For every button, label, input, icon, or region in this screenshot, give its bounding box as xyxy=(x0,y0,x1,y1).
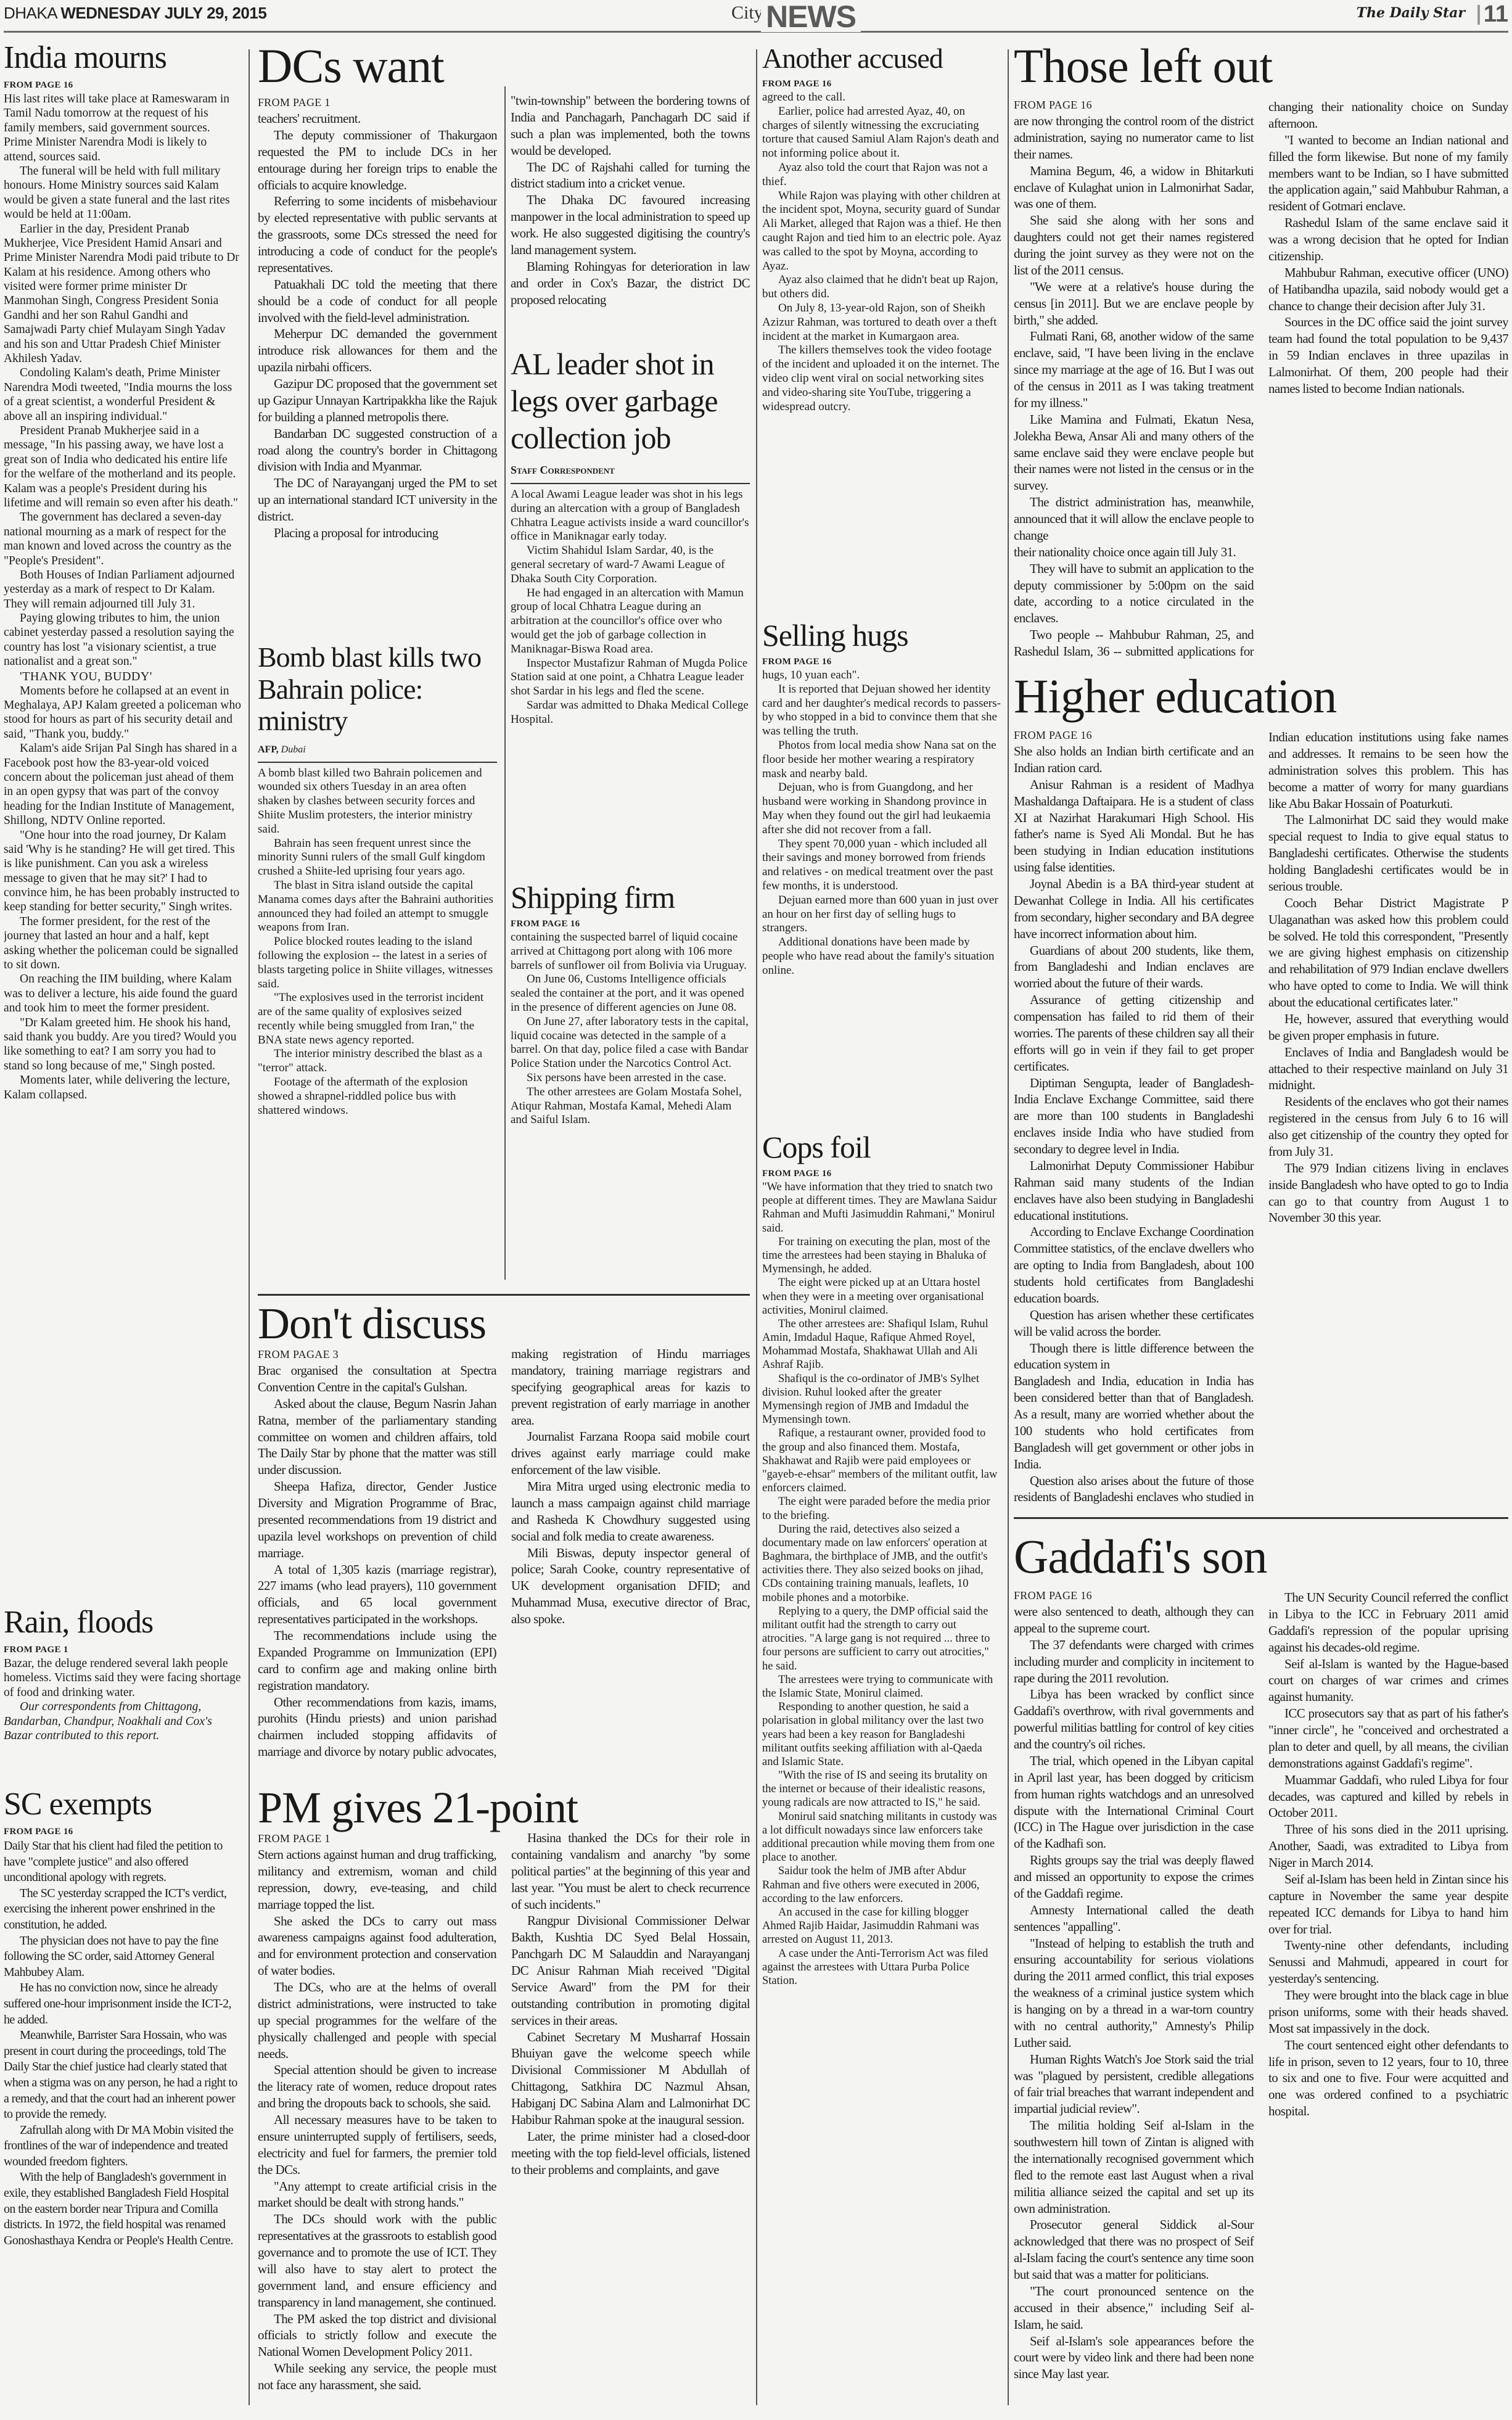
paragraph: The other arrestees are: Shafiqul Islam,… xyxy=(762,1317,1001,1372)
paragraph: Bahrain has seen frequent unrest since t… xyxy=(258,837,497,879)
from-page-kicker: FROM PAGE 16 xyxy=(1014,729,1254,742)
paragraph: They spent 70,000 yuan - which included … xyxy=(762,838,1001,894)
paragraph: The deputy commissioner of Thakurgaon re… xyxy=(258,127,497,194)
headline: AL leader shot in legs over garbage coll… xyxy=(511,345,750,456)
paragraph: The former president, for the rest of th… xyxy=(4,915,242,973)
story-body: "We have information that they tried to … xyxy=(762,1180,1001,1988)
headline: Shipping firm xyxy=(511,882,750,913)
paragraph: "We have information that they tried to … xyxy=(762,1180,1001,1235)
paragraph: "The explosives used in the terrorist in… xyxy=(258,991,497,1047)
paragraph: He has no conviction now, since he alrea… xyxy=(4,1980,242,2028)
byline: AFP, Dubai xyxy=(258,744,497,763)
paragraph: The eight were picked up at an Uttara ho… xyxy=(762,1276,1001,1317)
paragraph: Rafique, a restaurant owner, provided fo… xyxy=(762,1426,1001,1495)
paragraph: Moments later, while delivering the lect… xyxy=(4,1073,242,1102)
headline: DCs want xyxy=(258,42,497,90)
paragraph: Muammar Gaddafi, who ruled Libya for fou… xyxy=(1268,1772,1508,1822)
paragraph: On July 8, 13-year-old Rajon, son of She… xyxy=(762,302,1001,344)
paragraph: He, however, assured that everything wou… xyxy=(1268,1011,1508,1044)
story-dcs-want-col2: "twin-township" between the bordering to… xyxy=(511,93,750,339)
story-body: She also holds an Indian birth certifica… xyxy=(1014,729,1508,1512)
paragraph: Monirul said snatching militants in cust… xyxy=(762,1810,1001,1865)
paragraph: ICC prosecutors say that as part of his … xyxy=(1268,1705,1508,1772)
paragraph: Bangladesh and India, education in India… xyxy=(1014,1373,1254,1472)
paragraph: A local Awami League leader was shot in … xyxy=(511,488,750,544)
headline: PM gives 21-point xyxy=(258,1785,750,1830)
paragraph: "Dr Kalam greeted him. He shook his hand… xyxy=(4,1016,242,1074)
paragraph: The eight were paraded before the media … xyxy=(762,1495,1001,1522)
byline-agency: AFP, xyxy=(258,744,279,755)
paragraph: Ayaz also claimed that he didn't beat up… xyxy=(762,273,1001,302)
paragraph: Stern actions against human and drug tra… xyxy=(258,1846,496,1913)
paragraph: Fulmati Rani, 68, another widow of the s… xyxy=(1014,328,1254,411)
paragraph: His last rites will take place at Ramesw… xyxy=(4,92,242,164)
dateline-date: WEDNESDAY JULY 29, 2015 xyxy=(60,4,266,22)
story-another-accused: Another accused FROM PAGE 16 agreed to t… xyxy=(762,44,1001,599)
story-body: teachers' recruitment. The deputy commis… xyxy=(258,110,497,541)
from-page-kicker: FROM PAGE 16 xyxy=(762,79,1001,89)
paragraph: Additional donations have been made by p… xyxy=(762,936,1001,977)
paragraph: The Lalmonirhat DC said they would make … xyxy=(1268,812,1508,894)
paragraph: Mahbubur Rahman, executive officer (UNO)… xyxy=(1268,265,1508,315)
story-body: His last rites will take place at Ramesw… xyxy=(4,92,242,1102)
paragraph: Earlier in the day, President Pranab Muk… xyxy=(4,222,242,366)
section-divider xyxy=(1014,1517,1508,1519)
story-shipping-firm: Shipping firm FROM PAGE 16 containing th… xyxy=(511,882,750,1283)
paragraph: The physician does not have to pay the f… xyxy=(4,1933,242,1981)
paragraph: The 979 Indian citizens living in enclav… xyxy=(1268,1160,1508,1227)
paragraph: The DCs, who are at the helms of overall… xyxy=(258,1979,496,2062)
paragraph: Paying glowing tributes to him, the unio… xyxy=(4,611,242,669)
page-masthead: DHAKA WEDNESDAY JULY 29, 2015 City NEWS … xyxy=(4,0,1508,33)
paragraph: Dejuan, who is from Guangdong, and her h… xyxy=(762,781,1001,837)
paragraph: Diptiman Sengupta, leader of Bangladesh-… xyxy=(1014,1075,1254,1158)
paragraph: Ayaz also told the court that Rajon was … xyxy=(762,161,1001,189)
paragraph: Zafrullah along with Dr MA Mobin visited… xyxy=(4,2123,242,2170)
paragraph: Bandarban DC suggested construction of a… xyxy=(258,426,497,475)
paragraph: Hasina thanked the DCs for their role in… xyxy=(511,1830,750,1912)
paragraph: She also holds an Indian birth certifica… xyxy=(1014,743,1254,776)
paragraph: Libya has been wracked by conflict since… xyxy=(1014,1686,1254,1753)
column-divider xyxy=(756,49,757,2405)
from-page-kicker: FROM PAGE 1 xyxy=(258,96,497,109)
paragraph: The arrestees were trying to communicate… xyxy=(762,1673,1001,1700)
paragraph: Amnesty International called the death s… xyxy=(1014,1902,1254,1935)
paragraph: Police blocked routes leading to the isl… xyxy=(258,935,497,991)
paragraph: The 37 defendants were charged with crim… xyxy=(1014,1637,1254,1687)
contributor-credit: Our correspondents from Chittagong, Band… xyxy=(4,1700,242,1743)
paragraph: Human Rights Watch's Joe Stork said the … xyxy=(1014,2051,1254,2118)
headline: Higher education xyxy=(1014,672,1508,720)
paragraph: The DC of Narayanganj urged the PM to se… xyxy=(258,475,497,525)
headline: SC exempts xyxy=(4,1788,242,1821)
from-page-kicker: FROM PAGE 16 xyxy=(511,919,750,929)
story-body: "twin-township" between the bordering to… xyxy=(511,93,750,308)
paragraph: They will have to submit an application … xyxy=(1014,561,1254,627)
paragraph: The PM asked the top district and divisi… xyxy=(258,2311,496,2361)
newspaper-logo: The Daily Star xyxy=(1357,5,1465,21)
paragraph: Both Houses of Indian Parliament adjourn… xyxy=(4,568,242,611)
paragraph: Shafiqul is the co-ordinator of JMB's Sy… xyxy=(762,1372,1001,1427)
paragraph: For training on executing the plan, most… xyxy=(762,1235,1001,1277)
paragraph: Assurance of getting citizenship and com… xyxy=(1014,992,1254,1074)
paragraph: During the raid, detectives also seized … xyxy=(762,1523,1001,1605)
headline: Cops foil xyxy=(762,1132,1001,1163)
paragraph: Anisur Rahman is a resident of Madhya Ma… xyxy=(1014,776,1254,876)
story-body: Brac organised the consultation at Spect… xyxy=(258,1346,750,1765)
paragraph: On reaching the IIM building, where Kala… xyxy=(4,972,242,1015)
paragraph: Enclaves of India and Bangladesh would b… xyxy=(1268,1044,1508,1094)
story-selling-hugs: Selling hugs FROM PAGE 16 hugs, 10 yuan … xyxy=(762,620,1001,1113)
paragraph: Question has arisen whether these certif… xyxy=(1014,1307,1254,1340)
paragraph: Blaming Rohingyas for deterioration in l… xyxy=(511,258,750,308)
paragraph: "The court pronounced sentence on the ac… xyxy=(1014,2283,1254,2333)
headline: Gaddafi's son xyxy=(1014,1533,1508,1581)
section-divider xyxy=(258,1294,750,1296)
story-columns: FROM PAGE 16 She also holds an Indian bi… xyxy=(1014,729,1508,1512)
story-body: are now thronging the control room of th… xyxy=(1014,99,1508,665)
paragraph: Meanwhile, Barrister Sara Hossain, who w… xyxy=(4,2028,242,2123)
paragraph: A total of 1,305 kazis (marriage registr… xyxy=(258,1562,496,1628)
page-number: 11 xyxy=(1484,1,1508,28)
paragraph: Seif al-Islam is wanted by the Hague-bas… xyxy=(1268,1656,1508,1706)
paragraph: Sheepa Hafiza, director, Gender Justice … xyxy=(258,1478,496,1561)
headline: India mourns xyxy=(4,42,242,74)
paragraph: The militia holding Seif al-Islam in the… xyxy=(1014,2117,1254,2216)
paragraph: The trial, which opened in the Libyan ca… xyxy=(1014,1753,1254,1852)
paragraph: Gazipur DC proposed that the government … xyxy=(258,376,497,426)
story-body: were also sentenced to death, although t… xyxy=(1014,1589,1508,2410)
paragraph: An accused in the case for killing blogg… xyxy=(762,1906,1001,1947)
paragraph: The court sentenced eight other defendan… xyxy=(1268,2037,1508,2120)
paragraph: The funeral will be held with full milit… xyxy=(4,164,242,222)
paragraph: Dejuan earned more than 600 yuan in just… xyxy=(762,894,1001,936)
paragraph: Kalam's aide Srijan Pal Singh has shared… xyxy=(4,741,242,828)
subhead: 'THANK YOU, BUDDY' xyxy=(4,669,242,684)
paragraph: Responding to another question, he said … xyxy=(762,1700,1001,1769)
paragraph: were also sentenced to death, although t… xyxy=(1014,1603,1254,1637)
paragraph: The other arrestees are Golam Mostafa So… xyxy=(511,1085,750,1127)
paragraph: Seif al-Islam has been held in Zintan si… xyxy=(1268,1871,1508,1938)
headline: Bomb blast kills two Bahrain police: min… xyxy=(258,641,497,737)
story-body: A local Awami League leader was shot in … xyxy=(511,488,750,727)
paragraph: She said she along with her sons and dau… xyxy=(1014,212,1254,279)
story-gaddafis-son: Gaddafi's son FROM PAGE 16 were also sen… xyxy=(1014,1533,1508,2411)
paragraph: The killers themselves took the video fo… xyxy=(762,344,1001,414)
paragraph: Later, the prime minister had a closed-d… xyxy=(511,2128,750,2178)
paragraph: President Pranab Mukherjee said in a mes… xyxy=(4,424,242,510)
paragraph: Rashedul Islam of the same enclave said … xyxy=(1268,215,1508,265)
paragraph: She asked the DCs to carry out mass awar… xyxy=(258,1913,496,1980)
paragraph: The SC yesterday scrapped the ICT's verd… xyxy=(4,1886,242,1933)
paragraph: containing the suspected barrel of liqui… xyxy=(511,931,750,973)
story-body: agreed to the call. Earlier, police had … xyxy=(762,91,1001,414)
paragraph: Prosecutor general Siddick al-Sour ackno… xyxy=(1014,2216,1254,2283)
paragraph: teachers' recruitment. xyxy=(258,110,497,127)
story-bomb-blast: Bomb blast kills two Bahrain police: min… xyxy=(258,641,497,1283)
story-those-left-out: Those left out FROM PAGE 16 are now thro… xyxy=(1014,42,1508,665)
story-columns: FROM PAGE 1 Stern actions against human … xyxy=(258,1830,750,2403)
paragraph: The DC of Rajshahi called for turning th… xyxy=(511,159,750,192)
paragraph: "With the rise of IS and seeing its brut… xyxy=(762,1769,1001,1810)
paragraph: are now thronging the control room of th… xyxy=(1014,113,1254,163)
paragraph: The interior ministry described the blas… xyxy=(258,1047,497,1076)
dateline: DHAKA WEDNESDAY JULY 29, 2015 xyxy=(4,4,266,23)
paragraph: their nationality choice once again till… xyxy=(1014,544,1254,561)
paragraph: Inspector Mustafizur Rahman of Mugda Pol… xyxy=(511,657,750,699)
paragraph: "We were at a relative's house during th… xyxy=(1014,279,1254,329)
story-pm-gives-21-point: PM gives 21-point FROM PAGE 1 Stern acti… xyxy=(258,1785,750,2411)
byline-place: Dubai xyxy=(281,744,306,755)
paragraph: Cooch Behar District Magistrate P Ulagan… xyxy=(1268,895,1508,1011)
paragraph: According to Enclave Exchange Coordinati… xyxy=(1014,1224,1254,1306)
paragraph: They were brought into the black cage in… xyxy=(1268,1987,1508,2037)
paragraph: With the help of Bangladesh's government… xyxy=(4,2170,242,2249)
story-rain-floods: Rain, floods FROM PAGE 1 Bazar, the delu… xyxy=(4,1607,242,1761)
masthead-divider xyxy=(1477,5,1480,25)
story-body: Bazar, the deluge rendered several lakh … xyxy=(4,1657,242,1743)
story-cops-foil: Cops foil FROM PAGE 16 "We have informat… xyxy=(762,1132,1001,2411)
paragraph: hugs, 10 yuan each". xyxy=(762,669,1001,683)
paragraph: Moments before he collapsed at an event … xyxy=(4,684,242,742)
paragraph: Daily Star that his client had filed the… xyxy=(4,1838,242,1886)
from-page-kicker: FROM PAGE 16 xyxy=(1014,99,1254,112)
from-page-kicker: FROM PAGE 16 xyxy=(4,1827,242,1837)
paragraph: Guardians of about 200 students, like th… xyxy=(1014,942,1254,992)
paragraph: The UN Security Council referred the con… xyxy=(1268,1589,1508,1656)
paragraph: Asked about the clause, Begum Nasrin Jah… xyxy=(258,1396,496,1478)
paragraph: Footage of the aftermath of the explosio… xyxy=(258,1076,497,1117)
paragraph: The blast in Sitra island outside the ca… xyxy=(258,879,497,935)
paragraph: The recommendations include using the Ex… xyxy=(258,1628,496,1694)
paragraph: Sources in the DC office said the joint … xyxy=(1268,314,1508,397)
section-label-city: City xyxy=(731,2,763,23)
paragraph: "One hour into the road journey, Dr Kala… xyxy=(4,828,242,915)
story-sc-exempts: SC exempts FROM PAGE 16 Daily Star that … xyxy=(4,1788,242,2411)
paragraph: A bomb blast killed two Bahrain policeme… xyxy=(258,767,497,837)
headline: Another accused xyxy=(762,44,1001,73)
headline: Those left out xyxy=(1014,42,1508,90)
paragraph: Three of his sons died in the 2011 upris… xyxy=(1268,1821,1508,1871)
paragraph: All necessary measures have to be taken … xyxy=(258,2112,496,2178)
paragraph: Cabinet Secretary M Musharraf Hossain Bh… xyxy=(511,2029,750,2128)
paragraph: On June 06, Customs Intelligence officia… xyxy=(511,973,750,1015)
story-body: A bomb blast killed two Bahrain policeme… xyxy=(258,767,497,1118)
paragraph: Placing a proposal for introducing xyxy=(258,525,497,541)
from-page-kicker: FROM PAGAE 3 xyxy=(258,1348,496,1361)
paragraph: "I wanted to become an Indian national a… xyxy=(1268,132,1508,215)
story-body: containing the suspected barrel of liqui… xyxy=(511,931,750,1127)
story-india-mourns: India mourns FROM PAGE 16 His last rites… xyxy=(4,42,242,1627)
paragraph: The DCs should work with the public repr… xyxy=(258,2211,496,2310)
paragraph: Twenty-nine other defendants, including … xyxy=(1268,1937,1508,1987)
paragraph: Meherpur DC demanded the government intr… xyxy=(258,326,497,376)
paragraph: He had engaged in an altercation with Ma… xyxy=(511,586,750,657)
column-divider xyxy=(1008,49,1009,2405)
paragraph: Earlier, police had arrested Ayaz, 40, o… xyxy=(762,105,1001,161)
paragraph: The district administration has, meanwhi… xyxy=(1014,494,1254,544)
paragraph: The government has declared a seven-day … xyxy=(4,510,242,568)
paragraph: Journalist Farzana Roopa said mobile cou… xyxy=(511,1428,750,1478)
from-page-kicker: FROM PAGE 16 xyxy=(762,657,1001,667)
paragraph: Residents of the enclaves who got their … xyxy=(1268,1093,1508,1160)
paragraph: Referring to some incidents of misbehavi… xyxy=(258,193,497,276)
from-page-kicker: FROM PAGE 1 xyxy=(258,1832,496,1845)
story-columns: FROM PAGE 16 are now thronging the contr… xyxy=(1014,99,1508,665)
paragraph: Brac organised the consultation at Spect… xyxy=(258,1362,496,1396)
column-divider xyxy=(249,49,250,2405)
paragraph: "Any attempt to create artificial crisis… xyxy=(258,2178,496,2212)
headline: Rain, floods xyxy=(4,1607,242,1639)
paragraph: Saidur took the helm of JMB after Abdur … xyxy=(762,1864,1001,1906)
paragraph: It is reported that Dejuan showed her id… xyxy=(762,683,1001,739)
section-label-news: NEWS xyxy=(761,0,861,32)
paragraph: Condoling Kalam's death, Prime Minister … xyxy=(4,366,242,424)
headline: Selling hugs xyxy=(762,620,1001,651)
from-page-kicker: FROM PAGE 16 xyxy=(762,1169,1001,1179)
paragraph: "twin-township" between the bordering to… xyxy=(511,93,750,159)
from-page-kicker: FROM PAGE 16 xyxy=(4,80,242,91)
story-dcs-want-col1: DCs want FROM PAGE 1 teachers' recruitme… xyxy=(258,42,497,634)
paragraph: Mira Mitra urged using electronic media … xyxy=(511,1478,750,1545)
story-body: hugs, 10 yuan each". It is reported that… xyxy=(762,669,1001,978)
headline: Don't discuss xyxy=(258,1301,750,1346)
paragraph: Patuakhali DC told the meeting that ther… xyxy=(258,276,497,326)
from-page-kicker: FROM PAGE 16 xyxy=(1014,1589,1254,1602)
story-higher-education: Higher education FROM PAGE 16 She also h… xyxy=(1014,672,1508,1517)
column-divider xyxy=(504,86,506,1280)
paragraph: Bazar, the deluge rendered several lakh … xyxy=(4,1657,242,1700)
paragraph: agreed to the call. xyxy=(762,91,1001,105)
paragraph: Joynal Abedin is a BA third-year student… xyxy=(1014,876,1254,942)
paragraph: Though there is little difference betwee… xyxy=(1014,1340,1254,1373)
from-page-kicker: FROM PAGE 1 xyxy=(4,1645,242,1655)
story-al-leader: AL leader shot in legs over garbage coll… xyxy=(511,345,750,863)
paragraph: While seeking any service, the people mu… xyxy=(258,2360,496,2393)
paragraph: Rights groups say the trial was deeply f… xyxy=(1014,1852,1254,1902)
paragraph: Lalmonirhat Deputy Commissioner Habibur … xyxy=(1014,1158,1254,1224)
byline: Staff Correspondent xyxy=(511,464,750,484)
story-body: Daily Star that his client had filed the… xyxy=(4,1838,242,2249)
paragraph: Six persons have been arrested in the ca… xyxy=(511,1071,750,1085)
paragraph: Special attention should be given to inc… xyxy=(258,2062,496,2112)
story-body: Stern actions against human and drug tra… xyxy=(258,1830,750,2403)
paragraph: Replying to a query, the DMP official sa… xyxy=(762,1605,1001,1673)
paragraph: Like Mamina and Fulmati, Ekatun Nesa, Jo… xyxy=(1014,411,1254,494)
paragraph: "Instead of helping to establish the tru… xyxy=(1014,1935,1254,2051)
story-columns: FROM PAGE 16 were also sentenced to deat… xyxy=(1014,1589,1508,2410)
paragraph: Photos from local media show Nana sat on… xyxy=(762,739,1001,781)
dateline-city: DHAKA xyxy=(4,4,57,22)
paragraph: Mamina Begum, 46, a widow in Bhitarkuti … xyxy=(1014,163,1254,213)
paragraph: A case under the Anti-Terrorism Act was … xyxy=(762,1947,1001,1988)
paragraph: Mili Biswas, deputy inspector general of… xyxy=(511,1545,750,1628)
paragraph: On June 27, after laboratory tests in th… xyxy=(511,1015,750,1071)
story-dont-discuss: Don't discuss FROM PAGAE 3 Brac organise… xyxy=(258,1301,750,1776)
paragraph: While Rajon was playing with other child… xyxy=(762,189,1001,274)
story-columns: FROM PAGAE 3 Brac organised the consulta… xyxy=(258,1346,750,1765)
paragraph: Seif al-Islam's sole appearances before … xyxy=(1014,2333,1254,2383)
paragraph: Rangpur Divisional Commissioner Delwar B… xyxy=(511,1912,750,2028)
paragraph: Victim Shahidul Islam Sardar, 40, is the… xyxy=(511,544,750,586)
paragraph: The Dhaka DC favoured increasing manpowe… xyxy=(511,192,750,258)
paragraph: Sardar was admitted to Dhaka Medical Col… xyxy=(511,699,750,727)
